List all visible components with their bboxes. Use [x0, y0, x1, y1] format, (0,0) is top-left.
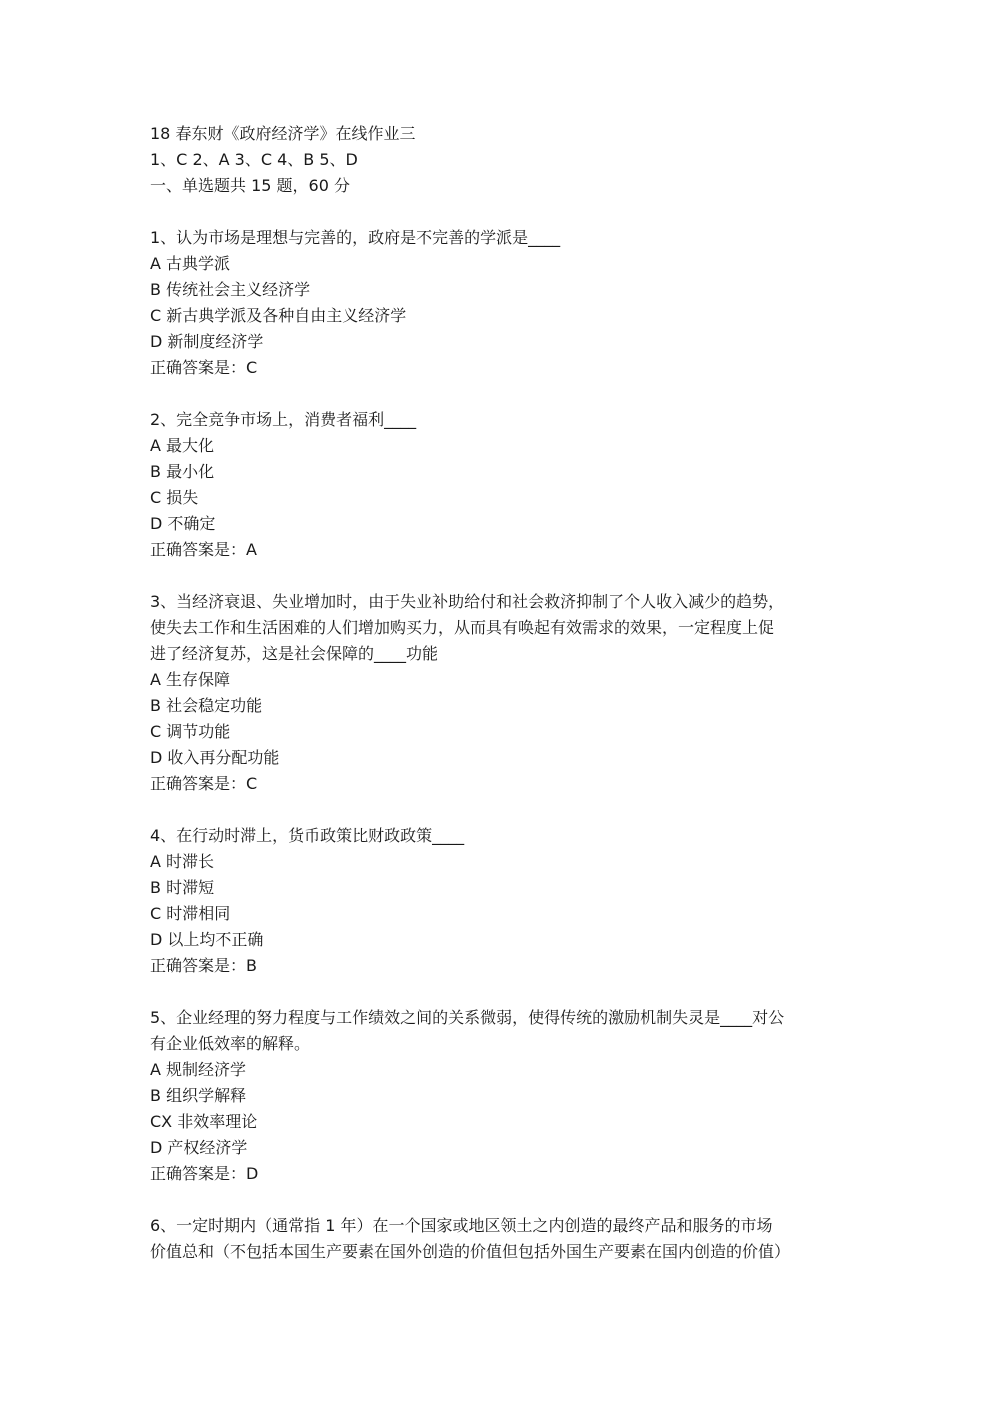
question-stem-line-1: 6、一定时期内（通常指 1 年）在一个国家或地区领土之内创造的最终产品和服务的市… [150, 1213, 850, 1239]
question-stem: 1、认为市场是理想与完善的，政府是不完善的学派是____ [150, 225, 850, 251]
document-title: 18 春东财《政府经济学》在线作业三 [150, 121, 850, 147]
question-3: 3、当经济衰退、失业增加时，由于失业补助给付和社会救济抑制了个人收入减少的趋势，… [150, 589, 850, 797]
option-d: D 以上均不正确 [150, 927, 850, 953]
spacer [150, 381, 850, 407]
option-a: A 最大化 [150, 433, 850, 459]
correct-answer: 正确答案是：A [150, 537, 850, 563]
correct-answer: 正确答案是：C [150, 355, 850, 381]
question-stem-line-2: 价值总和（不包括本国生产要素在国外创造的价值但包括外国生产要素在国内创造的价值） [150, 1239, 850, 1265]
option-a: A 规制经济学 [150, 1057, 850, 1083]
question-stem-line-2: 使失去工作和生活困难的人们增加购买力，从而具有唤起有效需求的效果，一定程度上促 [150, 615, 850, 641]
option-c: C 新古典学派及各种自由主义经济学 [150, 303, 850, 329]
option-b: B 组织学解释 [150, 1083, 850, 1109]
option-c: C 损失 [150, 485, 850, 511]
question-2: 2、完全竞争市场上，消费者福利____ A 最大化 B 最小化 C 损失 D 不… [150, 407, 850, 563]
spacer [150, 1187, 850, 1213]
section-heading: 一、单选题共 15 题，60 分 [150, 173, 850, 199]
correct-answer: 正确答案是：D [150, 1161, 850, 1187]
answer-key: 1、C 2、A 3、C 4、B 5、D [150, 147, 850, 173]
option-b: B 传统社会主义经济学 [150, 277, 850, 303]
option-c: CX 非效率理论 [150, 1109, 850, 1135]
spacer [150, 797, 850, 823]
spacer [150, 979, 850, 1005]
question-4: 4、在行动时滞上，货币政策比财政政策____ A 时滞长 B 时滞短 C 时滞相… [150, 823, 850, 979]
question-1: 1、认为市场是理想与完善的，政府是不完善的学派是____ A 古典学派 B 传统… [150, 225, 850, 381]
document-page: 18 春东财《政府经济学》在线作业三 1、C 2、A 3、C 4、B 5、D 一… [150, 121, 850, 1265]
option-d: D 产权经济学 [150, 1135, 850, 1161]
option-d: D 不确定 [150, 511, 850, 537]
option-b: B 最小化 [150, 459, 850, 485]
question-stem: 4、在行动时滞上，货币政策比财政政策____ [150, 823, 850, 849]
option-c: C 调节功能 [150, 719, 850, 745]
spacer [150, 199, 850, 225]
option-a: A 古典学派 [150, 251, 850, 277]
option-b: B 社会稳定功能 [150, 693, 850, 719]
option-d: D 新制度经济学 [150, 329, 850, 355]
option-d: D 收入再分配功能 [150, 745, 850, 771]
correct-answer: 正确答案是：C [150, 771, 850, 797]
option-a: A 时滞长 [150, 849, 850, 875]
question-5: 5、企业经理的努力程度与工作绩效之间的关系微弱，使得传统的激励机制失灵是____… [150, 1005, 850, 1187]
option-c: C 时滞相同 [150, 901, 850, 927]
question-6: 6、一定时期内（通常指 1 年）在一个国家或地区领土之内创造的最终产品和服务的市… [150, 1213, 850, 1265]
question-stem-line-3: 进了经济复苏，这是社会保障的____功能 [150, 641, 850, 667]
correct-answer: 正确答案是：B [150, 953, 850, 979]
option-b: B 时滞短 [150, 875, 850, 901]
question-stem-line-1: 5、企业经理的努力程度与工作绩效之间的关系微弱，使得传统的激励机制失灵是____… [150, 1005, 850, 1031]
question-stem: 2、完全竞争市场上，消费者福利____ [150, 407, 850, 433]
question-stem-line-1: 3、当经济衰退、失业增加时，由于失业补助给付和社会救济抑制了个人收入减少的趋势， [150, 589, 850, 615]
question-stem-line-2: 有企业低效率的解释。 [150, 1031, 850, 1057]
option-a: A 生存保障 [150, 667, 850, 693]
spacer [150, 563, 850, 589]
